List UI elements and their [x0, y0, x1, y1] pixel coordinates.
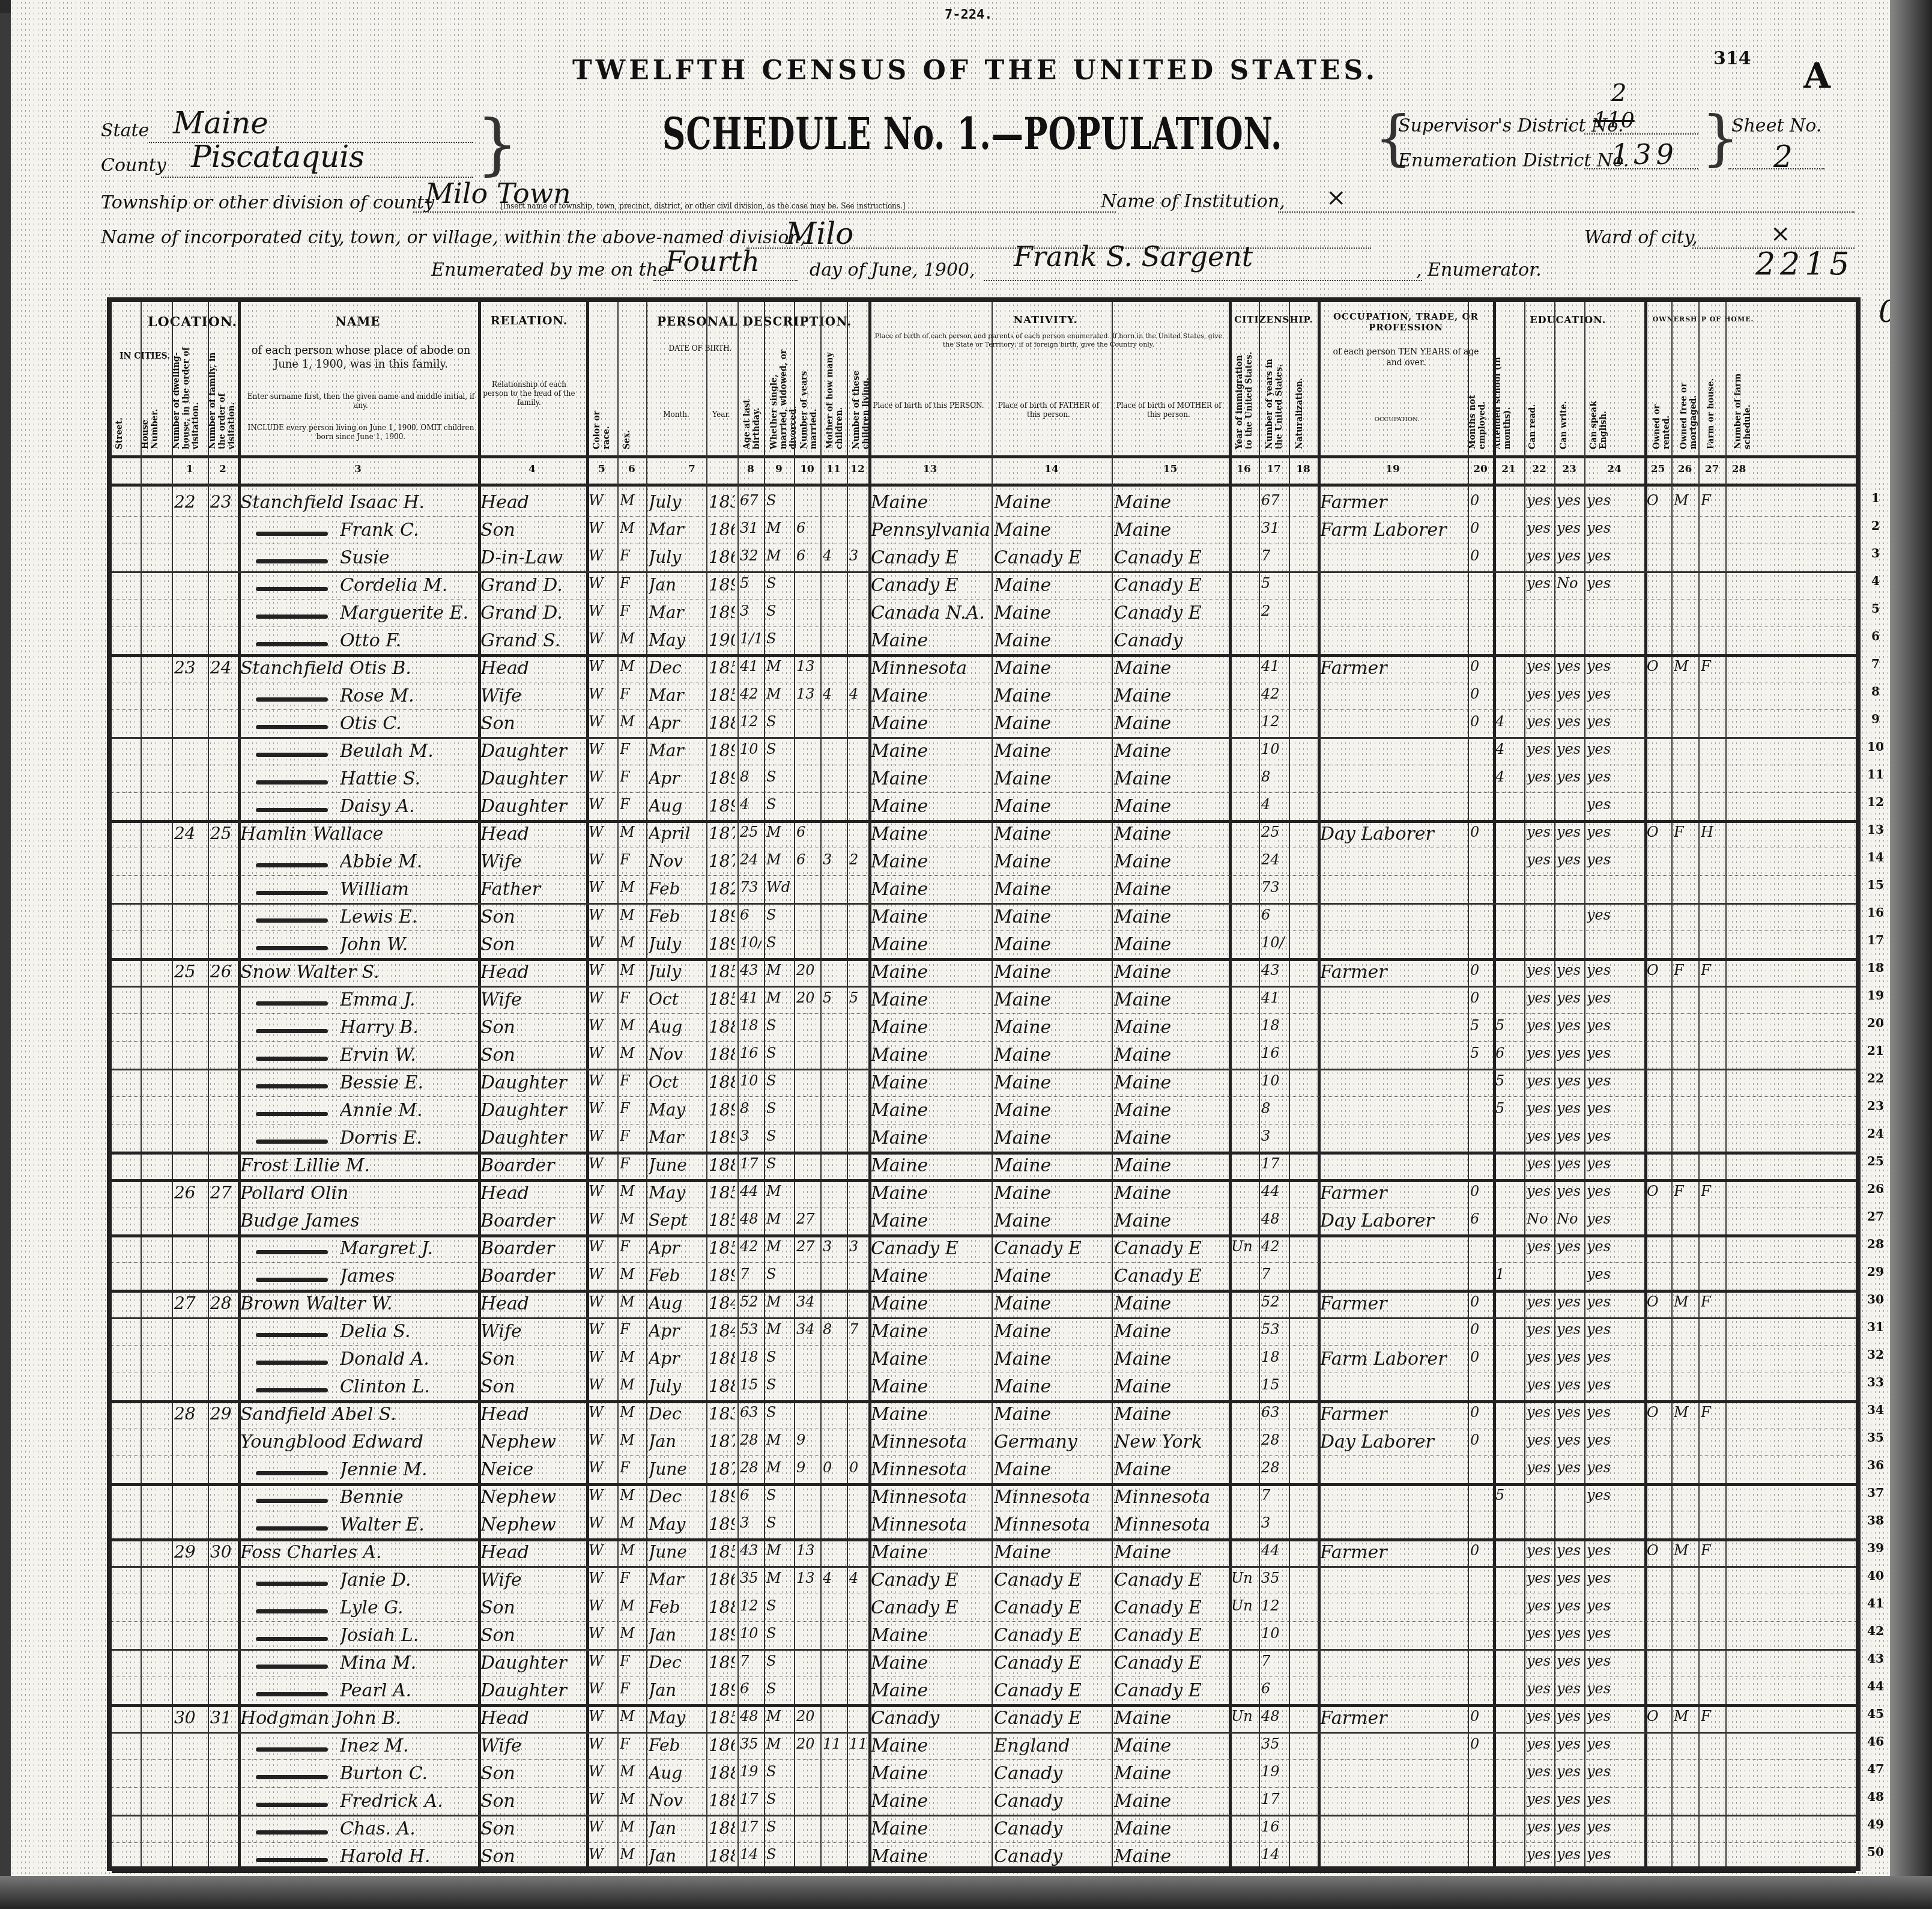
birth-month: Apr	[649, 1238, 704, 1258]
father-birthplace: Maine	[994, 962, 1109, 983]
can-read: yes	[1527, 1735, 1552, 1752]
immigration: Un	[1231, 1238, 1256, 1255]
age: 43	[740, 962, 762, 979]
birthplace: Canada N.A.	[871, 602, 989, 624]
years-married: 13	[796, 1570, 818, 1586]
sex: M	[620, 1846, 644, 1863]
birth-month: Dec	[649, 658, 704, 678]
marital-status: S	[766, 1763, 792, 1780]
line-number: 7	[1867, 657, 1885, 671]
marital-status: S	[766, 1266, 792, 1282]
age: 4	[740, 796, 762, 813]
can-read: yes	[1527, 1680, 1552, 1697]
enumerated-day: Fourth	[665, 245, 760, 278]
years-in-us: 35	[1261, 1735, 1286, 1752]
mother-birthplace: Maine	[1114, 1155, 1226, 1176]
relation: Son	[480, 906, 584, 927]
person-name: William	[340, 879, 475, 900]
marital-status: M	[766, 1210, 792, 1227]
person-name: James	[340, 1266, 475, 1287]
can-write: yes	[1557, 768, 1582, 785]
header-rule	[112, 455, 1856, 458]
birth-year: 1897	[709, 602, 735, 622]
can-write: yes	[1557, 1349, 1582, 1365]
row-rule	[112, 1013, 1856, 1014]
years-in-us: 15	[1261, 1376, 1286, 1393]
education-header: EDUCATION.	[1493, 314, 1643, 326]
owned-rented: O	[1647, 492, 1669, 509]
marital-status: M	[766, 1431, 792, 1448]
occupation: Day Laborer	[1320, 824, 1465, 845]
sex: M	[620, 1017, 644, 1034]
sex: M	[620, 1597, 644, 1614]
person-name: Marguerite E.	[340, 602, 475, 624]
birth-month: Jan	[649, 575, 704, 595]
birthplace: Maine	[871, 630, 989, 651]
mother-birthplace: Maine	[1114, 1072, 1226, 1093]
can-write: yes	[1557, 520, 1582, 536]
color: W	[589, 1349, 615, 1365]
pob-person-header: Place of birth of this PERSON.	[871, 401, 986, 410]
owned-rented-header: Owned or rented.	[1652, 368, 1671, 449]
dwelling-number: 27	[174, 1293, 205, 1313]
relation-desc: Relationship of each person to the head …	[481, 380, 577, 407]
father-birthplace: Maine	[994, 575, 1109, 596]
speaks-english: yes	[1587, 1155, 1642, 1172]
age: 1/12	[740, 630, 762, 647]
age: 31	[740, 520, 762, 536]
months-unemployed: 6	[1470, 1210, 1491, 1227]
column-number: 23	[1554, 463, 1584, 475]
relation: Son	[480, 1763, 584, 1784]
city-value: Milo	[786, 216, 853, 251]
can-read: yes	[1527, 768, 1552, 785]
speaks-english: yes	[1587, 520, 1642, 536]
row-rule	[112, 1538, 1856, 1541]
children-living: 0	[849, 1459, 866, 1476]
can-read-header: Can read.	[1528, 386, 1537, 449]
ditto-dash	[256, 1775, 328, 1779]
line-number: 24	[1867, 1126, 1885, 1141]
birthplace: Maine	[871, 1376, 989, 1397]
birth-year: 1832	[709, 492, 735, 512]
years-married: 6	[796, 824, 818, 840]
months-unemployed: 0	[1470, 824, 1491, 840]
marital-status: S	[766, 492, 792, 509]
column-rule	[1289, 302, 1290, 1866]
birthplace: Maine	[871, 1155, 989, 1176]
marital-status: M	[766, 962, 792, 979]
speak-english-header: Can speak English.	[1589, 362, 1608, 449]
can-write: yes	[1557, 1818, 1582, 1835]
months-unemployed: 5	[1470, 1017, 1491, 1034]
age: 10	[740, 1625, 762, 1642]
owned-rented: O	[1647, 962, 1669, 979]
birth-year: 1892	[709, 768, 735, 788]
sheet-letter: A	[1803, 55, 1831, 96]
years-in-us: 5	[1261, 575, 1286, 592]
marital-status: S	[766, 1100, 792, 1117]
can-write: yes	[1557, 1542, 1582, 1559]
marital-status: M	[766, 1238, 792, 1255]
row-rule	[112, 792, 1856, 793]
header-rule-bottom	[112, 484, 1856, 487]
line-number: 17	[1867, 933, 1885, 947]
ditto-dash	[256, 1361, 328, 1365]
relation: Head	[480, 962, 584, 983]
can-read: yes	[1527, 1625, 1552, 1642]
can-read: yes	[1527, 575, 1552, 592]
column-number: 10	[794, 463, 820, 475]
farm-house-header: Farm or house.	[1706, 374, 1716, 449]
marital-status: M	[766, 547, 792, 564]
column-rule	[208, 302, 209, 1866]
relation: Boarder	[480, 1266, 584, 1287]
person-name: Harry B.	[340, 1017, 475, 1038]
ditto-dash	[256, 1830, 328, 1835]
marital-status: M	[766, 1183, 792, 1200]
occupation: Farmer	[1320, 658, 1465, 679]
column-rule	[617, 302, 619, 1866]
column-number: 28	[1725, 463, 1752, 475]
birth-year: 1882	[709, 1791, 735, 1810]
sex: M	[620, 1045, 644, 1061]
years-in-us: 4	[1261, 796, 1286, 813]
school-months: 5	[1495, 1017, 1522, 1034]
line-number: 18	[1867, 961, 1885, 975]
sex: M	[620, 1763, 644, 1780]
speaks-english: yes	[1587, 713, 1642, 730]
father-birthplace: Canady E	[994, 1680, 1109, 1701]
line-number: 29	[1867, 1264, 1885, 1279]
marital-status: S	[766, 1514, 792, 1531]
father-birthplace: Maine	[994, 1045, 1109, 1066]
birthplace: Maine	[871, 741, 989, 762]
years-in-us: 63	[1261, 1404, 1286, 1421]
birthplace: Maine	[871, 492, 989, 513]
person-name: Dorris E.	[340, 1127, 475, 1149]
years-in-us: 35	[1261, 1570, 1286, 1586]
relation: Boarder	[480, 1155, 584, 1176]
row-rule	[112, 1207, 1856, 1207]
column-rule	[1584, 302, 1585, 1866]
relation: Nephew	[480, 1487, 584, 1508]
years-in-us: 42	[1261, 685, 1286, 702]
birth-year: 1892	[709, 1100, 735, 1120]
birth-month: Aug	[649, 1293, 704, 1313]
line-number: 42	[1867, 1624, 1885, 1638]
sex: M	[620, 520, 644, 536]
birthplace: Maine	[871, 1183, 989, 1204]
occupation: Farmer	[1320, 1183, 1465, 1204]
occupation: Farmer	[1320, 1542, 1465, 1563]
birthplace: Minnesota	[871, 1487, 989, 1508]
row-rule	[112, 1566, 1856, 1568]
mother-birthplace: Canady E	[1114, 1653, 1226, 1674]
relation: Nephew	[480, 1431, 584, 1452]
marital-status: S	[766, 1791, 792, 1807]
ditto-dash	[256, 642, 328, 646]
can-read: yes	[1527, 1293, 1552, 1310]
column-number: 1	[172, 463, 208, 475]
can-write: yes	[1557, 1155, 1582, 1172]
relation: Daughter	[480, 1100, 584, 1121]
line-number: 49	[1867, 1817, 1885, 1832]
person-name: Otis C.	[340, 713, 475, 734]
can-read: yes	[1527, 1238, 1552, 1255]
month-header: Month.	[652, 410, 700, 419]
mother-birthplace: Maine	[1114, 879, 1226, 900]
line-number: 16	[1867, 905, 1885, 920]
years-in-us: 19	[1261, 1763, 1286, 1780]
dwelling-number: 25	[174, 962, 205, 982]
row-rule	[112, 627, 1856, 627]
ditto-dash	[256, 1278, 328, 1282]
color: W	[589, 824, 615, 840]
state-label: State	[101, 120, 149, 141]
sex: M	[620, 1625, 644, 1642]
occupation: Farmer	[1320, 1293, 1465, 1314]
column-rule	[238, 302, 241, 1866]
row-rule	[112, 958, 1856, 961]
months-unemployed: 0	[1470, 1404, 1491, 1421]
can-read: yes	[1527, 989, 1552, 1006]
person-name: Susie	[340, 547, 475, 568]
marital-status: S	[766, 1846, 792, 1863]
row-rule	[112, 737, 1856, 739]
mother-birthplace: Maine	[1114, 1459, 1226, 1480]
ditto-dash	[256, 1692, 328, 1696]
months-unemployed: 0	[1470, 685, 1491, 702]
person-name: Bennie	[340, 1487, 475, 1508]
age: 35	[740, 1735, 762, 1752]
state-value: Maine	[173, 106, 268, 141]
column-number: 27	[1698, 463, 1725, 475]
person-name: Pearl A.	[340, 1680, 475, 1701]
years-in-us: 28	[1261, 1431, 1286, 1448]
birth-year: 1886	[709, 1846, 735, 1866]
color: W	[589, 962, 615, 979]
school-months: 4	[1495, 713, 1522, 730]
birthplace: Maine	[871, 1072, 989, 1093]
birth-year: 1883	[709, 1818, 735, 1838]
color: W	[589, 1597, 615, 1614]
birth-month: July	[649, 1376, 704, 1396]
row-rule	[112, 1594, 1856, 1594]
speaks-english: yes	[1587, 1487, 1642, 1504]
occupation: Day Laborer	[1320, 1210, 1465, 1231]
scan-edge-right	[1890, 0, 1932, 1909]
birthplace: Canady E	[871, 547, 989, 568]
column-number: 20	[1468, 463, 1493, 475]
naturalization-header: Naturalization.	[1295, 362, 1304, 449]
mother-birthplace: Maine	[1114, 1100, 1226, 1121]
column-number: 16	[1229, 463, 1259, 475]
column-number: 21	[1493, 463, 1524, 475]
scan-edge-bottom	[0, 1876, 1932, 1909]
dwelling-number: 28	[174, 1404, 205, 1424]
months-unemployed: 0	[1470, 658, 1491, 675]
sex: M	[620, 1542, 644, 1559]
can-write: yes	[1557, 658, 1582, 675]
sheet-line	[1728, 168, 1824, 169]
county-label: County	[101, 155, 166, 176]
years-in-us: 18	[1261, 1349, 1286, 1365]
birthplace: Minnesota	[871, 1459, 989, 1480]
sex: M	[620, 658, 644, 675]
marital-status: M	[766, 520, 792, 536]
years-in-us: 12	[1261, 1597, 1286, 1614]
column-rule	[1229, 302, 1232, 1866]
column-number: 24	[1584, 463, 1644, 475]
birth-year: 1888	[709, 1597, 735, 1617]
can-write: yes	[1557, 1597, 1582, 1614]
ditto-dash	[256, 1001, 328, 1006]
birth-year: 1892	[709, 1653, 735, 1672]
relation: Boarder	[480, 1210, 584, 1231]
mother-birthplace: Maine	[1114, 1210, 1226, 1231]
age: 67	[740, 492, 762, 509]
mother-birthplace: Canady E	[1114, 1597, 1226, 1618]
age: 14	[740, 1846, 762, 1863]
speaks-english: yes	[1587, 1238, 1642, 1255]
marital-status: M	[766, 685, 792, 702]
occupation-desc: of each person TEN YEARS of age and over…	[1328, 347, 1484, 368]
mother-birthplace: Minnesota	[1114, 1487, 1226, 1508]
name-instructions: Enter surname first, then the given name…	[247, 392, 475, 410]
mother-birthplace: Maine	[1114, 989, 1226, 1010]
father-birthplace: Maine	[994, 851, 1109, 872]
person-name: Hodgman John B.	[240, 1708, 476, 1729]
sex: M	[620, 1431, 644, 1448]
father-birthplace: Maine	[994, 741, 1109, 762]
birth-month: Nov	[649, 1045, 704, 1064]
marital-status: M	[766, 1708, 792, 1725]
birth-year: 1897	[709, 1514, 735, 1534]
relation: Wife	[480, 989, 584, 1010]
speaks-english: yes	[1587, 547, 1642, 564]
age: 52	[740, 1293, 762, 1310]
immigration-header: Year of immigration to the United States…	[1235, 347, 1259, 449]
line-number: 45	[1867, 1707, 1885, 1721]
age: 28	[740, 1431, 762, 1448]
line-number: 46	[1867, 1734, 1885, 1749]
ditto-dash	[256, 1499, 328, 1503]
population-table: LOCATION. IN CITIES. NAME of each person…	[107, 297, 1861, 1871]
mother-birthplace: Canady E	[1114, 575, 1226, 596]
age: 73	[740, 879, 762, 896]
speaks-english: yes	[1587, 1183, 1642, 1200]
years-in-us: 10	[1261, 741, 1286, 757]
birth-month: Dec	[649, 1404, 704, 1424]
color: W	[589, 1542, 615, 1559]
row-rule	[112, 1870, 1856, 1873]
can-read: yes	[1527, 851, 1552, 868]
birth-month: July	[649, 492, 704, 512]
months-unemployed: 0	[1470, 1321, 1491, 1338]
color: W	[589, 630, 615, 647]
father-birthplace: Maine	[994, 1100, 1109, 1121]
owned-rented: O	[1647, 1708, 1669, 1725]
farm-house: F	[1701, 492, 1723, 509]
free-mortgaged: M	[1674, 492, 1696, 509]
person-name: Youngblood Edward	[240, 1431, 476, 1452]
line-number: 27	[1867, 1209, 1885, 1224]
nativity-header: NATIVITY.	[862, 314, 1229, 326]
enumerator-label: , Enumerator.	[1416, 259, 1542, 281]
person-name: Ervin W.	[340, 1045, 475, 1066]
birth-month: Nov	[649, 1791, 704, 1810]
color: W	[589, 768, 615, 785]
ditto-dash	[256, 946, 328, 950]
father-birthplace: Minnesota	[994, 1514, 1109, 1535]
occupation-sub: OCCUPATION.	[1328, 416, 1466, 424]
color: W	[589, 851, 615, 868]
free-mortgaged: M	[1674, 1404, 1696, 1421]
speaks-english: yes	[1587, 1072, 1642, 1089]
birthplace: Maine	[871, 1735, 989, 1756]
relation: Head	[480, 824, 584, 845]
row-rule	[112, 1428, 1856, 1428]
years-in-us: 42	[1261, 1238, 1286, 1255]
citizenship-header: CITIZENSHIP.	[1229, 314, 1319, 325]
years-married: 6	[796, 547, 818, 564]
marital-status: S	[766, 1818, 792, 1835]
institution-value: ×	[1326, 184, 1346, 211]
birth-month: Jan	[649, 1846, 704, 1866]
color: W	[589, 1376, 615, 1393]
mother-birthplace: Maine	[1114, 1708, 1226, 1729]
can-read: yes	[1527, 1597, 1552, 1614]
row-rule	[112, 544, 1856, 544]
color: W	[589, 575, 615, 592]
ditto-dash	[256, 863, 328, 867]
can-read: yes	[1527, 547, 1552, 564]
name-desc: of each person whose place of abode on J…	[247, 344, 475, 371]
free-mortgaged: F	[1674, 824, 1696, 840]
person-name: Delia S.	[340, 1321, 475, 1342]
can-read: yes	[1527, 824, 1552, 840]
can-write: yes	[1557, 1708, 1582, 1725]
person-name: Mina M.	[340, 1653, 475, 1674]
can-write: yes	[1557, 492, 1582, 509]
years-in-us: 8	[1261, 768, 1286, 785]
mother-of-header: Mother of how many children.	[825, 344, 847, 449]
column-rule	[172, 302, 173, 1866]
years-in-us: 16	[1261, 1045, 1286, 1061]
marital-status: M	[766, 851, 792, 868]
form-number: 7-224.	[945, 7, 992, 22]
sex: F	[620, 1459, 644, 1476]
line-number: 22	[1867, 1071, 1885, 1085]
schedule-title: SCHEDULE No. 1.—POPULATION.	[662, 108, 1282, 159]
line-number: 4	[1867, 574, 1885, 588]
county-value: Piscataquis	[191, 139, 365, 174]
birth-year: 1827	[709, 879, 735, 899]
sex: M	[620, 1708, 644, 1725]
birthplace: Canady E	[871, 1238, 989, 1259]
column-number: 9	[764, 463, 794, 475]
marital-status: M	[766, 1542, 792, 1559]
color: W	[589, 1735, 615, 1752]
father-birthplace: Maine	[994, 1349, 1109, 1370]
marital-status: S	[766, 602, 792, 619]
institution-line	[1278, 211, 1855, 213]
farm-house: H	[1701, 824, 1723, 840]
sex: M	[620, 1210, 644, 1227]
birth-year: 1852	[709, 1210, 735, 1230]
row-rule	[112, 1124, 1856, 1124]
